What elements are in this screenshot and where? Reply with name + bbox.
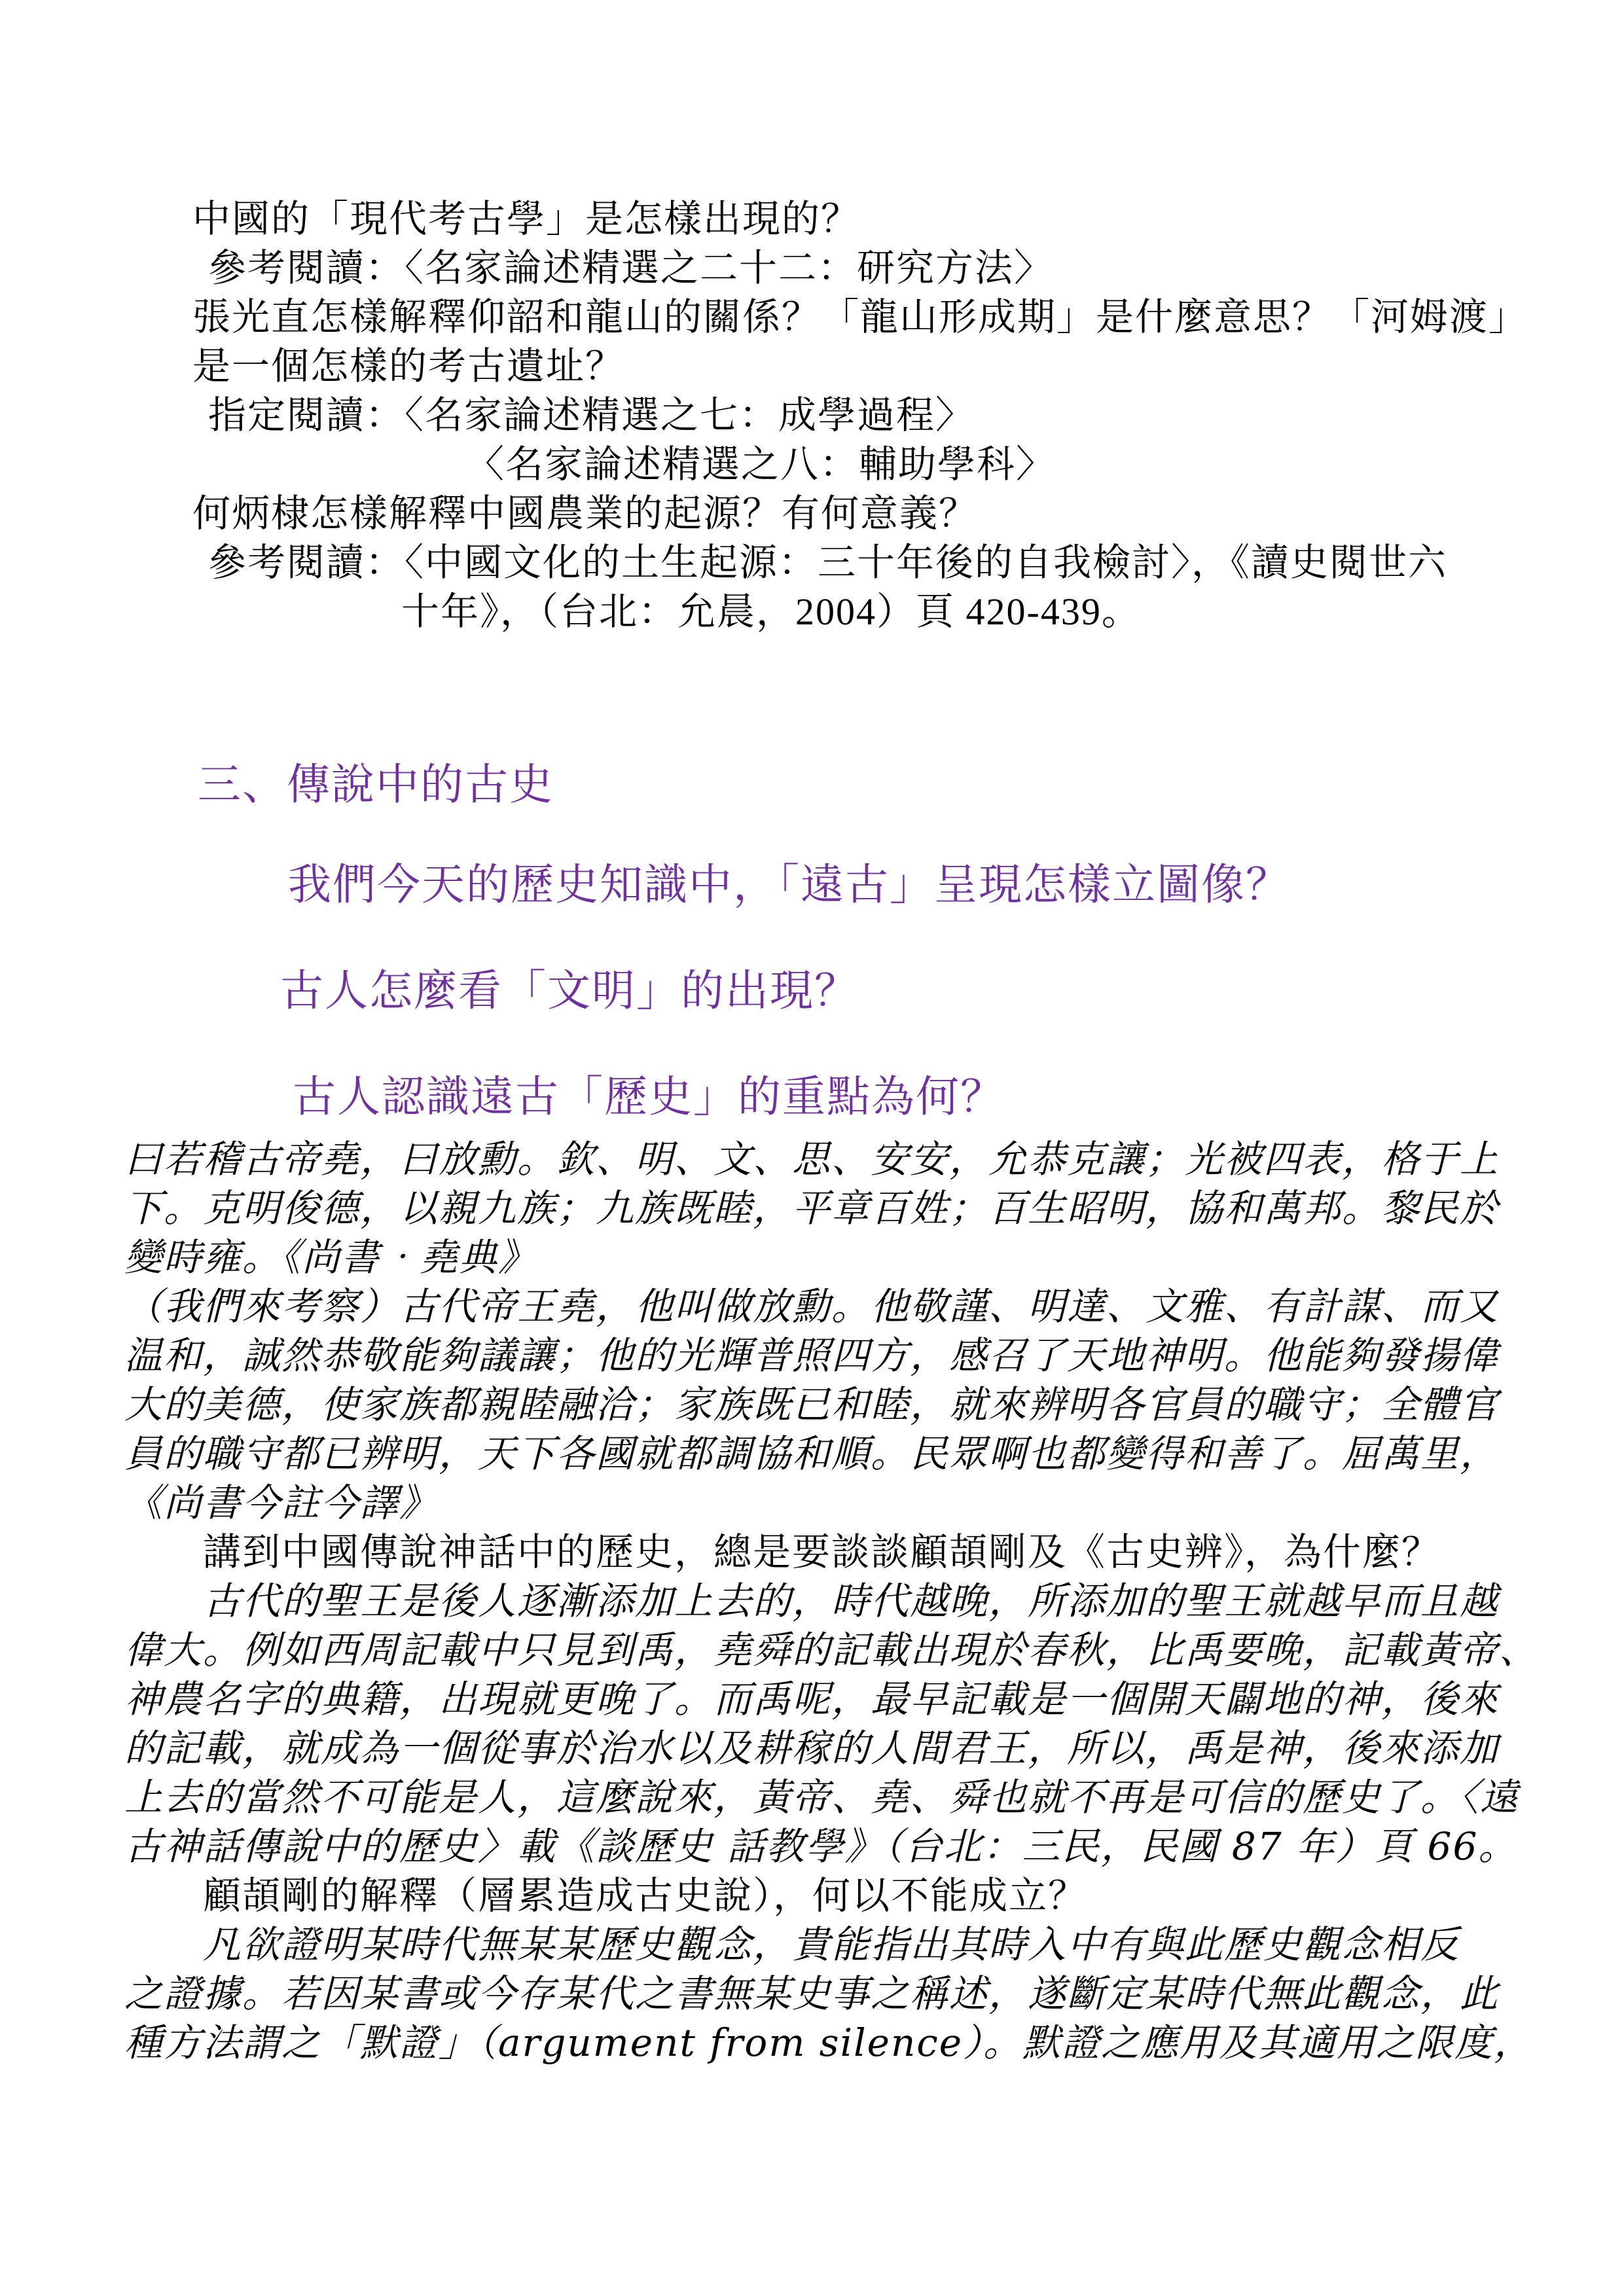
question-line: 是一個怎樣的考古遺址？ bbox=[124, 342, 1512, 391]
discussion-question: 我們今天的歷史知識中，「遠古」呈現怎樣立圖像？ bbox=[124, 833, 1512, 939]
assigned-reading-line: 指定閱讀：〈名家論述精選之七：成學過程〉 bbox=[124, 391, 1512, 440]
discussion-question: 古人怎麼看「文明」的出現？ bbox=[124, 939, 1512, 1045]
reference-reading-line: 十年》，（台北：允晨，2004）頁 420-439。 bbox=[124, 587, 1512, 636]
quoted-passage-line: 偉大。例如西周記載中只見到禹，堯舜的記載出現於春秋，比禹要晚，記載黃帝、 bbox=[124, 1626, 1512, 1675]
lecture-question-line: 講到中國傳說神話中的歷史，總是要談談顧頡剛及《古史辨》，為什麼？ bbox=[124, 1528, 1512, 1577]
quoted-passage-line: 古代的聖王是後人逐漸添加上去的，時代越晚，所添加的聖王就越早而且越 bbox=[124, 1577, 1512, 1626]
study-questions-section: 中國的「現代考古學」是怎樣出現的？ 參考閱讀：〈名家論述精選之二十二：研究方法〉… bbox=[124, 194, 1512, 636]
quote-source-line: 《尚書今註今譯》 bbox=[124, 1479, 1512, 1528]
reference-reading-line: 參考閱讀：〈名家論述精選之二十二：研究方法〉 bbox=[124, 243, 1512, 293]
quoted-passage-line: 種方法謂之「默證」（argument from silence）。默證之應用及其… bbox=[124, 2018, 1512, 2068]
classical-quote-line: 曰若稽古帝堯，曰放勳。欽、明、文、思、安安，允恭克讓；光被四表，格于上 bbox=[124, 1135, 1512, 1184]
section-heading: 三、傳說中的古史 bbox=[198, 759, 554, 812]
quoted-passage-line: 上去的當然不可能是人，這麼說來，黃帝、堯、舜也就不再是可信的歷史了。〈遠 bbox=[124, 1773, 1512, 1822]
discussion-questions: 我們今天的歷史知識中，「遠古」呈現怎樣立圖像？ 古人怎麼看「文明」的出現？ 古人… bbox=[124, 833, 1512, 1151]
question-line: 中國的「現代考古學」是怎樣出現的？ bbox=[124, 194, 1512, 243]
question-line: 張光直怎樣解釋仰韶和龍山的關係？「龍山形成期」是什麼意思？「河姆渡」 bbox=[124, 293, 1512, 342]
body-text-block: 曰若稽古帝堯，曰放勳。欽、明、文、思、安安，允恭克讓；光被四表，格于上 下。克明… bbox=[124, 1135, 1512, 2068]
reference-reading-line: 參考閱讀：〈中國文化的土生起源：三十年後的自我檢討〉，《讀史閱世六 bbox=[124, 538, 1512, 587]
quoted-passage-line: 凡欲證明某時代無某某歷史觀念，貴能指出其時入中有與此歷史觀念相反 bbox=[124, 1920, 1512, 1969]
assigned-reading-line: 〈名家論述精選之八：輔助學科〉 bbox=[124, 440, 1512, 489]
citation-line: 古神話傳說中的歷史〉載《談歷史 話教學》（台北：三民，民國 87 年）頁 66。 bbox=[124, 1822, 1512, 1871]
classical-quote-line: 下。克明俊德，以親九族；九族既睦，平章百姓；百生昭明，協和萬邦。黎民於 bbox=[124, 1184, 1512, 1233]
translation-line: （我們來考察）古代帝王堯，他叫做放勳。他敬謹、明達、文雅、有計謀、而又 bbox=[124, 1282, 1512, 1331]
quoted-passage-line: 的記載，就成為一個從事於治水以及耕稼的人間君王，所以，禹是神，後來添加 bbox=[124, 1724, 1512, 1773]
quoted-passage-line: 之證據。若因某書或今存某代之書無某史事之稱述，遂斷定某時代無此觀念，此 bbox=[124, 1969, 1512, 2018]
quoted-passage-line: 神農名字的典籍，出現就更晚了。而禹呢，最早記載是一個開天闢地的神，後來 bbox=[124, 1675, 1512, 1724]
lecture-question-line: 顧頡剛的解釋（層累造成古史說），何以不能成立？ bbox=[124, 1871, 1512, 1920]
quote-source-line: 變時雍。《尚書‧堯典》 bbox=[124, 1233, 1512, 1282]
question-line: 何炳棣怎樣解釋中國農業的起源？有何意義？ bbox=[124, 489, 1512, 538]
translation-line: 温和，誠然恭敬能夠議讓；他的光輝普照四方，感召了天地神明。他能夠發揚偉 bbox=[124, 1331, 1512, 1380]
translation-line: 員的職守都已辨明，天下各國就都調協和順。民眾啊也都變得和善了。屈萬里， bbox=[124, 1429, 1512, 1479]
document-page: 中國的「現代考古學」是怎樣出現的？ 參考閱讀：〈名家論述精選之二十二：研究方法〉… bbox=[0, 0, 1624, 2296]
translation-line: 大的美德，使家族都親睦融洽；家族既已和睦，就來辨明各官員的職守；全體官 bbox=[124, 1380, 1512, 1429]
